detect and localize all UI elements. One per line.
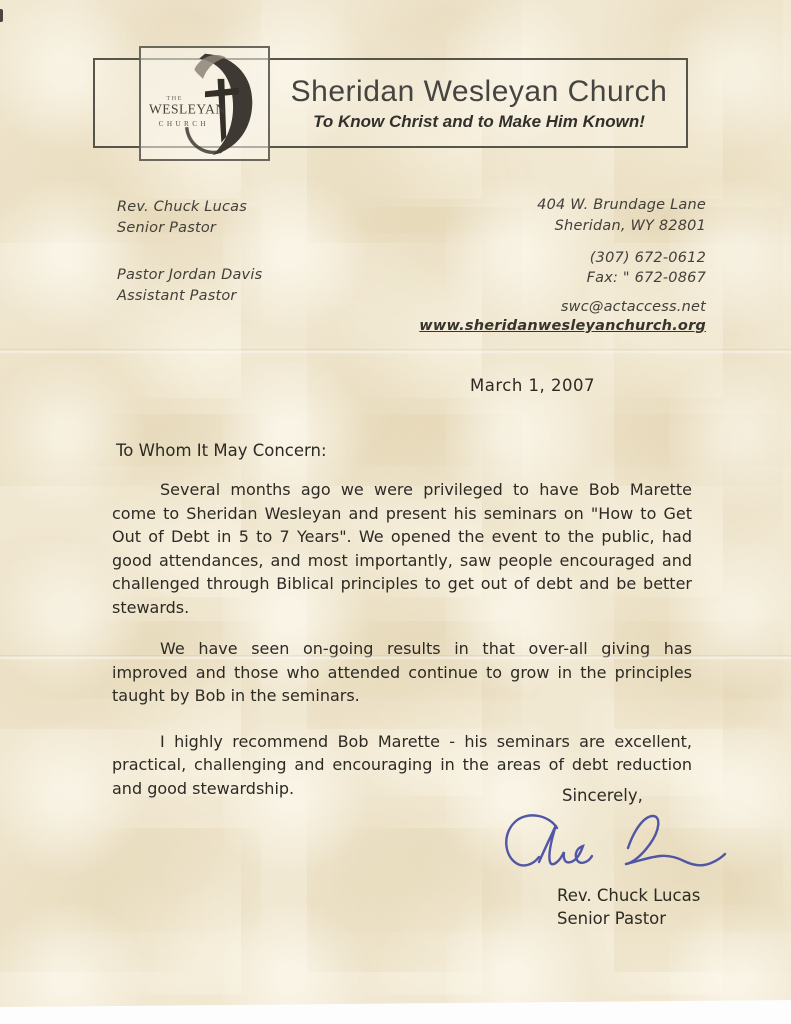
website-url: www.sheridanwesleyanchurch.org — [419, 318, 706, 334]
closing-sincerely: Sincerely, — [562, 786, 643, 805]
salutation: To Whom It May Concern: — [116, 441, 327, 460]
phone-number: (307) 672-0612 — [590, 250, 706, 266]
scanned-letter: Sheridan Wesleyan Church To Know Christ … — [0, 0, 791, 1024]
letterhead-title-block: Sheridan Wesleyan Church To Know Christ … — [270, 58, 688, 148]
church-tagline: To Know Christ and to Make Him Known! — [313, 112, 645, 132]
staff-name-assistant: Pastor Jordan Davis — [117, 267, 262, 283]
wesleyan-church-logo-icon: THE WESLEYAN CHURCH — [141, 48, 268, 159]
staff-name-senior: Rev. Chuck Lucas — [117, 199, 247, 215]
staff-title-assistant: Assistant Pastor — [117, 288, 237, 304]
scan-speck — [0, 9, 3, 22]
letter-page: Sheridan Wesleyan Church To Know Christ … — [0, 0, 791, 1007]
letter-paragraph-1: Several months ago we were privileged to… — [112, 478, 692, 619]
letter-paragraph-2: We have seen on-going results in that ov… — [112, 637, 692, 708]
letter-date: March 1, 2007 — [470, 376, 595, 395]
address-line-1: 404 W. Brundage Lane — [537, 197, 706, 213]
staff-title-senior: Senior Pastor — [117, 220, 216, 236]
logo-text-wesleyan: WESLEYAN — [149, 102, 226, 117]
church-name: Sheridan Wesleyan Church — [291, 75, 668, 109]
logo-text-church: CHURCH — [159, 120, 209, 128]
letter-body: Several months ago we were privileged to… — [112, 478, 692, 800]
signer-name: Rev. Chuck Lucas — [557, 886, 700, 905]
paper-crease-upper — [0, 349, 791, 354]
church-logo: THE WESLEYAN CHURCH — [139, 46, 270, 161]
address-line-2: Sheridan, WY 82801 — [555, 218, 706, 234]
signature-handwriting — [497, 810, 729, 886]
signer-title: Senior Pastor — [557, 909, 666, 928]
email-address: swc@actaccess.net — [561, 299, 706, 315]
fax-number: Fax: " 672-0867 — [587, 270, 706, 286]
